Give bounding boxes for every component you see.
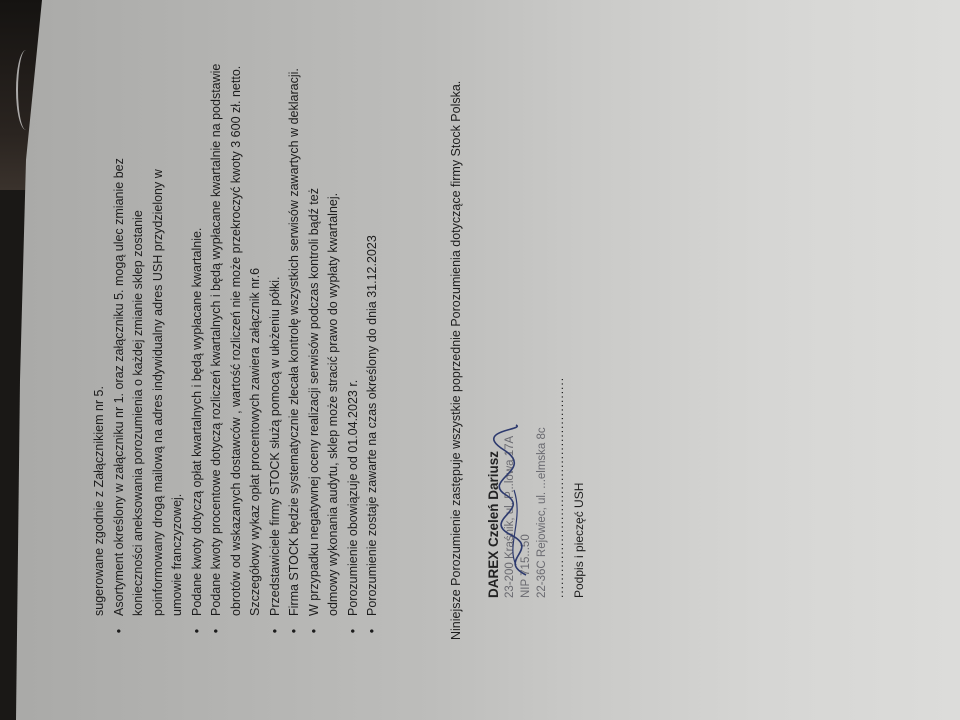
rotated-document: sugerowane zgodnie z Załącznikiem nr 5.•… xyxy=(90,20,690,640)
document-line: •Podane kwoty dotyczą opłat kwartalnych … xyxy=(188,20,208,640)
line-text: poinformowany drogą mailową na adres ind… xyxy=(151,169,165,616)
line-text: Podane kwoty dotyczą opłat kwartalnych i… xyxy=(190,228,204,616)
bullet-icon: • xyxy=(344,622,364,640)
signature-line: ........................................… xyxy=(550,20,570,640)
line-text: W przypadku negatywnej oceny realizacji … xyxy=(307,188,321,616)
document-line: •Podane kwoty procentowe dotyczą rozlicz… xyxy=(207,20,227,640)
line-text: Szczegółowy wykaz opłat procentowych zaw… xyxy=(248,268,262,616)
document-body: sugerowane zgodnie z Załącznikiem nr 5.•… xyxy=(90,20,383,640)
closing-statement: Niniejsze Porozumienie zastępuje wszystk… xyxy=(447,20,467,640)
document-line: •Porozumienie obowiązuje od 01.04.2023 r… xyxy=(344,20,364,640)
line-text: umowie franczyzowej. xyxy=(170,494,184,616)
document-line: •Asortyment określony w załączniku nr 1.… xyxy=(110,20,130,640)
line-text: Podane kwoty procentowe dotyczą rozlicze… xyxy=(209,64,223,616)
bullet-icon: • xyxy=(266,622,286,640)
document-line: odmowy wykonania audytu, sklep może stra… xyxy=(324,20,344,640)
line-text: odmowy wykonania audytu, sklep może stra… xyxy=(326,193,340,616)
bullet-icon: • xyxy=(305,622,325,640)
document-line: poinformowany drogą mailową na adres ind… xyxy=(149,20,169,640)
line-text: obrotów od wskazanych dostawców , wartoś… xyxy=(229,66,243,616)
line-text: konieczności aneksowania porozumienia o … xyxy=(131,210,145,616)
bullet-icon: • xyxy=(188,622,208,640)
bullet-icon: • xyxy=(363,622,383,640)
company-stamp: DAREX Czeleń Dariusz 23-200 Kraśnik, ul.… xyxy=(486,20,550,640)
line-text: Porozumienie obowiązuje od 01.04.2023 r. xyxy=(346,380,360,616)
line-text: Firma STOCK będzie systematycznie zlecał… xyxy=(287,68,301,616)
document-line: obrotów od wskazanych dostawców , wartoś… xyxy=(227,20,247,640)
line-text: Porozumienie zostaje zawarte na czas okr… xyxy=(365,235,379,616)
document-line: •W przypadku negatywnej oceny realizacji… xyxy=(305,20,325,640)
document-line: Szczegółowy wykaz opłat procentowych zaw… xyxy=(246,20,266,640)
bullet-icon: • xyxy=(285,622,305,640)
bullet-icon: • xyxy=(207,622,227,640)
handwritten-signature xyxy=(486,420,546,580)
line-text: Przedstawiciele firmy STOCK służą pomocą… xyxy=(268,277,282,616)
bullet-icon: • xyxy=(110,622,130,640)
document-line: •Firma STOCK będzie systematycznie zleca… xyxy=(285,20,305,640)
document-line: sugerowane zgodnie z Załącznikiem nr 5. xyxy=(90,20,110,640)
spacer xyxy=(383,20,447,640)
line-text: sugerowane zgodnie z Załącznikiem nr 5. xyxy=(92,386,106,616)
document-line: umowie franczyzowej. xyxy=(168,20,188,640)
line-text: Asortyment określony w załączniku nr 1. … xyxy=(112,158,126,616)
document-line: •Porozumienie zostaje zawarte na czas ok… xyxy=(363,20,383,640)
signature-label: Podpis i pieczęć USH xyxy=(570,20,590,640)
document-line: konieczności aneksowania porozumienia o … xyxy=(129,20,149,640)
document-line: •Przedstawiciele firmy STOCK służą pomoc… xyxy=(266,20,286,640)
